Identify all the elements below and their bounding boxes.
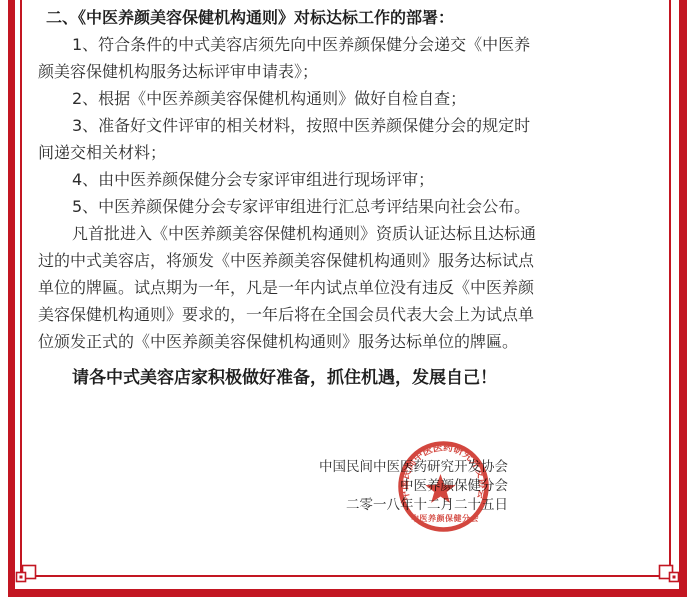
document-body: 二、《中医养颜美容保健机构通则》对标达标工作的部署： 1、符合条件的中式美容店须… <box>38 4 536 392</box>
list-item-1: 1、符合条件的中式美容店须先向中医养颜保健分会递交《中医养颜美容保健机构服务达标… <box>38 31 536 85</box>
list-item-3: 3、准备好文件评审的相关材料，按照中医养颜保健分会的规定时间递交相关材料； <box>38 112 536 166</box>
list-item-4: 4、由中医养颜保健分会专家评审组进行现场评审； <box>38 166 536 193</box>
list-item-2: 2、根据《中医养颜美容保健机构通则》做好自检自查； <box>38 85 536 112</box>
frame-right-inner-line <box>669 0 671 578</box>
frame-left-inner-line <box>20 0 22 578</box>
seal-bottom-text: 中医养颜保健分会 <box>411 513 479 523</box>
frame-bottom-inner-line <box>20 575 671 577</box>
list-item-5: 5、中医养颜保健分会专家评审组进行汇总考评结果向社会公布。 <box>38 193 536 220</box>
frame-bottom-thick-bar <box>8 589 687 597</box>
red-star-icon <box>425 474 455 503</box>
frame-right-thick-bar <box>679 0 687 597</box>
frame-left-thick-bar <box>8 0 15 597</box>
official-seal-stamp: 中国民间中医医药研究开发协会 中医养颜保健分会 <box>389 429 501 541</box>
frame-corner-ornament-icon <box>653 560 683 590</box>
frame-corner-ornament-icon <box>12 560 42 590</box>
body-paragraph: 凡首批进入《中医养颜美容保健机构通则》资质认证达标且达标通过的中式美容店，将颁发… <box>38 220 536 355</box>
section-title: 二、《中医养颜美容保健机构通则》对标达标工作的部署： <box>38 4 536 31</box>
call-to-action: 请各中式美容店家积极做好准备，抓住机遇，发展自己！ <box>38 365 536 392</box>
notice-document-page: 二、《中医养颜美容保健机构通则》对标达标工作的部署： 1、符合条件的中式美容店须… <box>0 0 695 604</box>
